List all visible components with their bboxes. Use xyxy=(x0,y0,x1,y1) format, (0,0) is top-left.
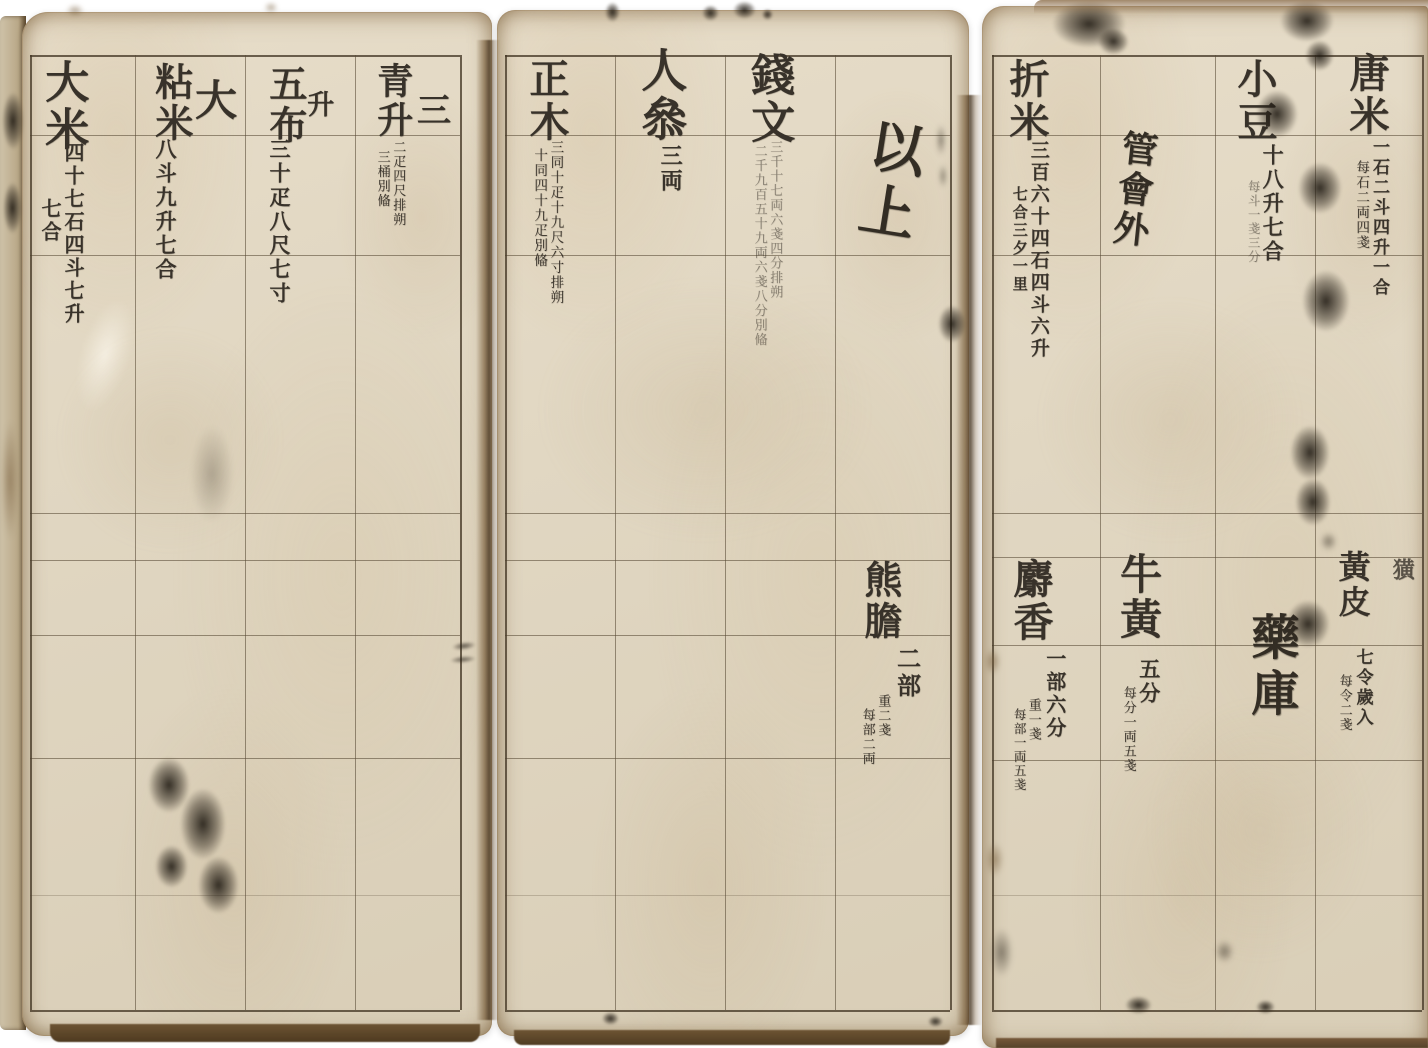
header-oseungpo: 五布 升 xyxy=(262,64,333,146)
header-hwangpi-side: 獚 xyxy=(1390,558,1415,583)
value-sodu: 十八升七合 每斗一戔三分 xyxy=(1244,144,1285,264)
header-jeomdaemi: 粘米 大 xyxy=(148,62,235,144)
page-middle: 正木 三同十疋十九尺六寸排朔 十同四十九疋別偹 人叅 三両 錢文 三千十七両六戔… xyxy=(497,10,969,1036)
value-hwangpi: 七令歲入 每令二戔 xyxy=(1336,648,1373,732)
label-yakgo: 藥庫 xyxy=(1236,612,1305,724)
header-daemi: 大米 xyxy=(38,59,86,153)
value-sahyang: 一部六分 重一戔 每部一両五戔 xyxy=(1010,648,1066,792)
value-insam: 三両 xyxy=(657,144,684,194)
value-uhwang: 五分 每分一両五戔 xyxy=(1120,658,1162,773)
header-jeongmok: 正木 xyxy=(524,58,568,144)
ledger-photo: 大米 四十七石四斗七升 七合 粘米 大 八斗九升七合 五布 升 三十疋八尺七寸 … xyxy=(0,0,1428,1048)
value-ungdam: 二部 重二戔 每部二両 xyxy=(859,646,919,766)
header-uhwang: 牛黃 xyxy=(1114,552,1160,642)
header-cheongsamseung: 青升 三 xyxy=(372,62,448,140)
header-jeonmun: 錢文 xyxy=(744,52,792,146)
page-right: 折米 三百六十四石四斗六升 七合三夕一里 管會外 小豆 十八升七合 每斗一戔三分… xyxy=(982,6,1428,1048)
header-dangmi: 唐米 xyxy=(1344,52,1388,138)
header-insam: 人叅 xyxy=(635,46,685,144)
value-oseungpo: 三十疋八尺七寸 xyxy=(266,138,292,306)
value-jeonmun: 三千十七両六戔四分排朔 二千九百五十九両六戔八分別偹 xyxy=(751,140,784,347)
note-gwanhoeoe: 管會外 xyxy=(1102,128,1165,253)
header-sodu: 小豆 xyxy=(1232,58,1276,144)
page-left: 大米 四十七石四斗七升 七合 粘米 大 八斗九升七合 五布 升 三十疋八尺七寸 … xyxy=(22,12,492,1036)
header-jeolmi: 折米 xyxy=(1004,58,1048,144)
value-jeongmok: 三同十疋十九尺六寸排朔 十同四十九疋別偹 xyxy=(530,140,564,305)
value-daemi: 四十七石四斗七升 七合 xyxy=(36,142,84,326)
header-ungdam: 熊膽 xyxy=(857,560,899,642)
value-jeolmi: 三百六十四石四斗六升 七合三夕一里 xyxy=(1008,140,1050,360)
value-cheongsamseung: 二疋四尺排朔 三桶別偹 xyxy=(374,140,407,227)
header-sahyang: 麝香 xyxy=(1008,558,1052,644)
total-label-isang: 以上 xyxy=(837,113,936,252)
value-jeomdaemi: 八斗九升七合 xyxy=(152,138,178,282)
header-hwangpi: 黃皮 xyxy=(1334,550,1370,620)
value-dangmi: 一石二斗四升一合 每石二両四戔 xyxy=(1352,138,1390,298)
